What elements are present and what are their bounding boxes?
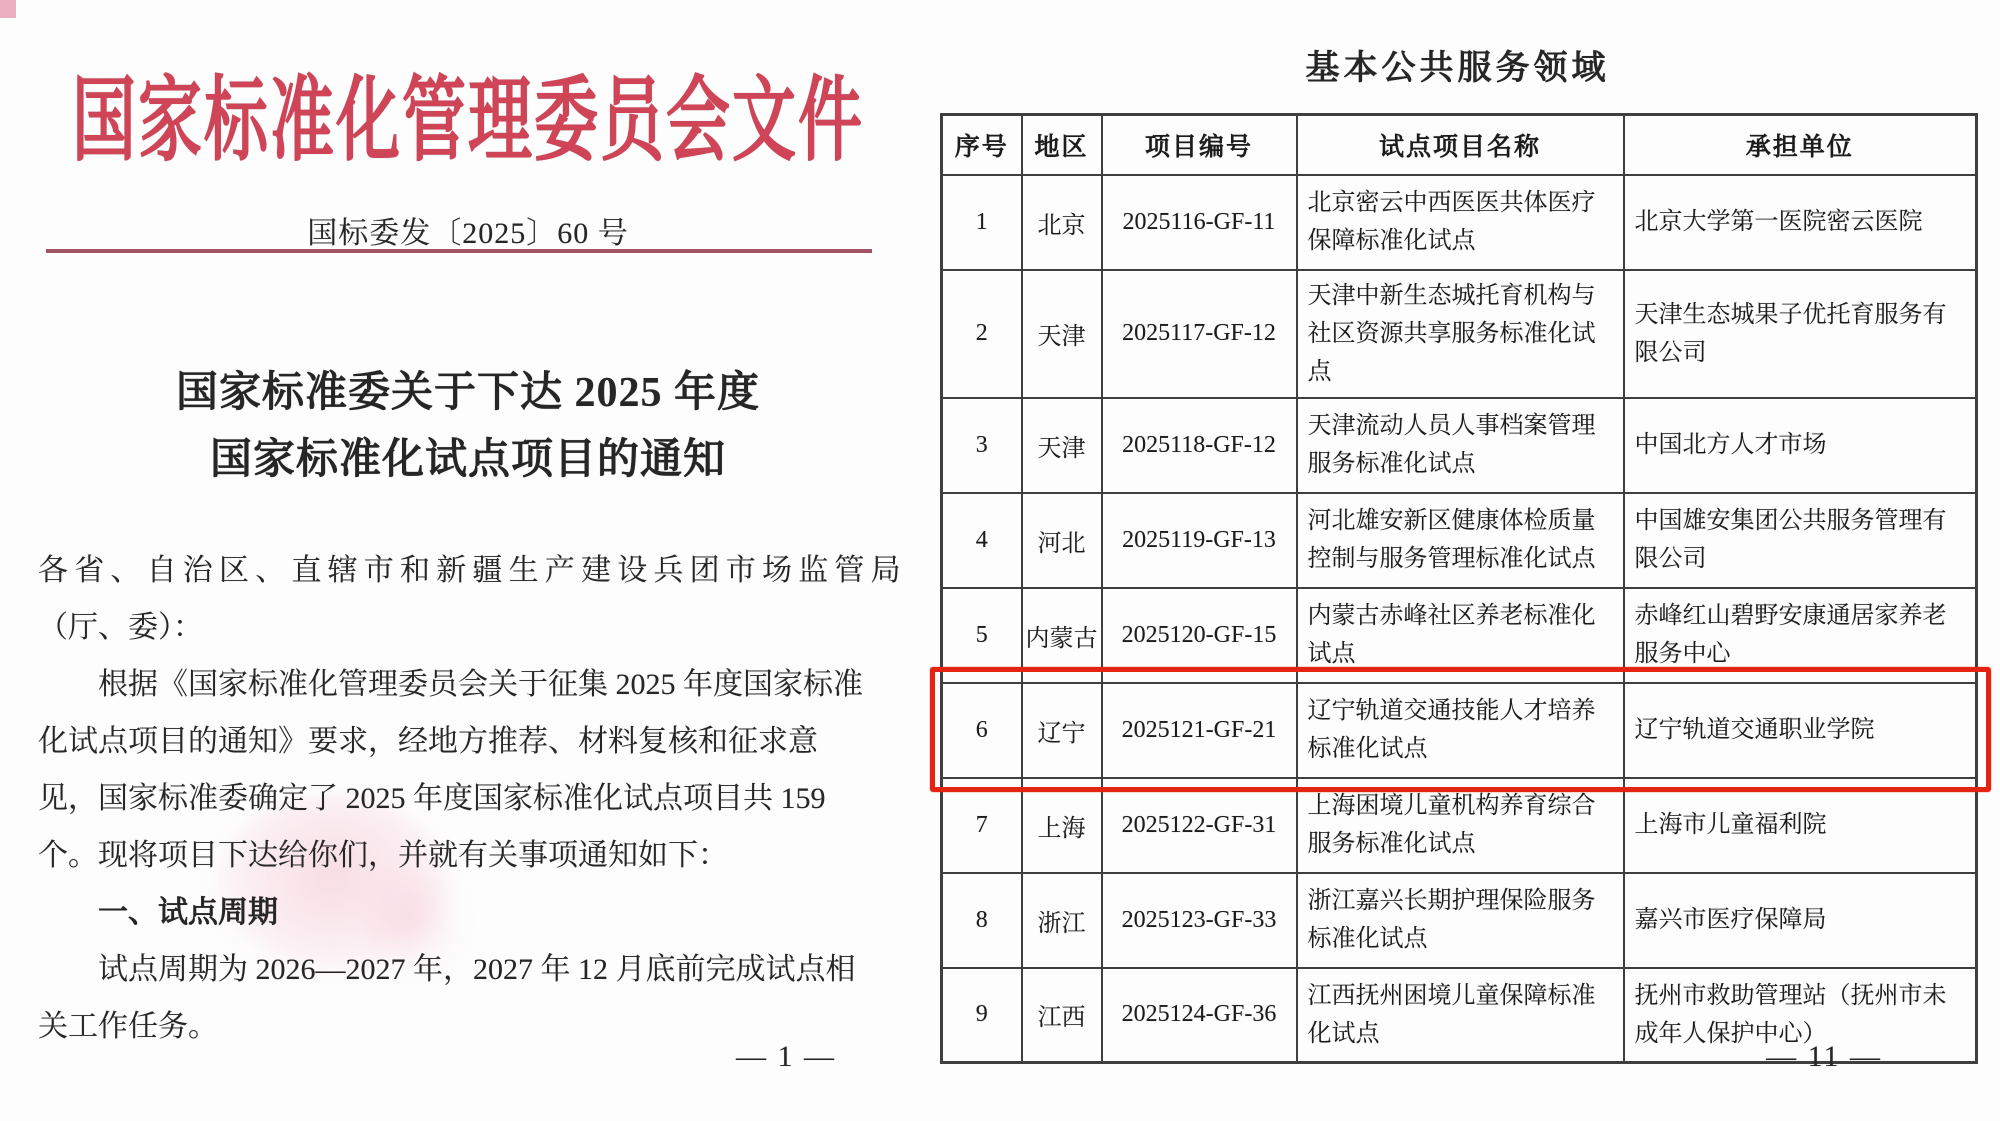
body-line: 见，国家标准委确定了 2025 年度国家标准化试点项目共 159 — [38, 770, 882, 827]
cell-project: 河北雄安新区健康体检质量控制与服务管理标准化试点 — [1297, 493, 1624, 588]
cell-code: 2025119-GF-13 — [1102, 493, 1297, 588]
cell-serial: 1 — [942, 175, 1022, 270]
page-number-right: — 11 — — [1766, 1040, 1882, 1074]
body-line: （厅、委）： — [38, 599, 882, 656]
cell-code: 2025117-GF-12 — [1102, 270, 1297, 398]
cell-org: 北京大学第一医院密云医院 — [1624, 175, 1977, 270]
subject-line-2: 国家标准化试点项目的通知 — [28, 427, 908, 494]
body-line: 各省、自治区、直辖市和新疆生产建设兵团市场监管局 — [38, 542, 882, 599]
body-line: 一、试点周期 — [38, 884, 882, 941]
table-row: 6辽宁2025121-GF-21辽宁轨道交通技能人才培养标准化试点辽宁轨道交通职… — [942, 683, 1977, 778]
cell-region: 上海 — [1022, 778, 1102, 873]
cell-org: 辽宁轨道交通职业学院 — [1624, 683, 1977, 778]
cell-code: 2025121-GF-21 — [1102, 683, 1297, 778]
letterhead-title: 国家标准化管理委员会文件 — [28, 46, 908, 179]
cell-code: 2025120-GF-15 — [1102, 588, 1297, 683]
cell-code: 2025123-GF-33 — [1102, 873, 1297, 968]
projects-table: 序号 地区 项目编号 试点项目名称 承担单位 1北京2025116-GF-11北… — [940, 113, 1978, 1064]
cell-region: 浙江 — [1022, 873, 1102, 968]
cell-code: 2025122-GF-31 — [1102, 778, 1297, 873]
letterhead-rule — [46, 249, 872, 253]
subject-title: 国家标准委关于下达 2025 年度 国家标准化试点项目的通知 — [28, 360, 908, 494]
cell-serial: 7 — [942, 778, 1022, 873]
table-row: 7上海2025122-GF-31上海困境儿童机构养育综合服务标准化试点上海市儿童… — [942, 778, 1977, 873]
cell-region: 天津 — [1022, 398, 1102, 493]
table-row: 8浙江2025123-GF-33浙江嘉兴长期护理保险服务标准化试点嘉兴市医疗保障… — [942, 873, 1977, 968]
cell-org: 嘉兴市医疗保障局 — [1624, 873, 1977, 968]
header-project: 试点项目名称 — [1297, 115, 1624, 175]
cell-code: 2025124-GF-36 — [1102, 968, 1297, 1063]
cell-project: 辽宁轨道交通技能人才培养标准化试点 — [1297, 683, 1624, 778]
cell-serial: 4 — [942, 493, 1022, 588]
cell-serial: 2 — [942, 270, 1022, 398]
cell-serial: 9 — [942, 968, 1022, 1063]
scan-artifact-pink-corner — [0, 0, 16, 18]
cell-region: 江西 — [1022, 968, 1102, 1063]
cell-region: 河北 — [1022, 493, 1102, 588]
scanned-document-background: { "colors":{ "letterhead_red":"#cf4456",… — [0, 0, 2000, 1121]
cell-org: 赤峰红山碧野安康通居家养老服务中心 — [1624, 588, 1977, 683]
body-line: 个。现将项目下达给你们，并就有关事项通知如下： — [38, 827, 882, 884]
table-body: 1北京2025116-GF-11北京密云中西医医共体医疗保障标准化试点北京大学第… — [942, 175, 1977, 1063]
cell-serial: 6 — [942, 683, 1022, 778]
cell-org: 中国北方人才市场 — [1624, 398, 1977, 493]
table-row: 1北京2025116-GF-11北京密云中西医医共体医疗保障标准化试点北京大学第… — [942, 175, 1977, 270]
page-number-left: — 1 — — [736, 1040, 836, 1074]
table-row: 5内蒙古2025120-GF-15内蒙古赤峰社区养老标准化试点赤峰红山碧野安康通… — [942, 588, 1977, 683]
table-row: 4河北2025119-GF-13河北雄安新区健康体检质量控制与服务管理标准化试点… — [942, 493, 1977, 588]
cell-code: 2025116-GF-11 — [1102, 175, 1297, 270]
cell-org: 中国雄安集团公共服务管理有限公司 — [1624, 493, 1977, 588]
body-line: 根据《国家标准化管理委员会关于征集 2025 年度国家标准 — [38, 656, 882, 713]
cell-region: 天津 — [1022, 270, 1102, 398]
cell-serial: 8 — [942, 873, 1022, 968]
cell-project: 江西抚州困境儿童保障标准化试点 — [1297, 968, 1624, 1063]
body-line: 试点周期为 2026—2027 年，2027 年 12 月底前完成试点相 — [38, 941, 882, 998]
header-code: 项目编号 — [1102, 115, 1297, 175]
notice-page: 国家标准化管理委员会文件 国标委发〔2025〕60 号 国家标准委关于下达 20… — [28, 0, 908, 1121]
body-line: 化试点项目的通知》要求，经地方推荐、材料复核和征求意 — [38, 713, 882, 770]
doc-number: 国标委发〔2025〕60 号 — [28, 208, 908, 252]
table-row: 3天津2025118-GF-12天津流动人员人事档案管理服务标准化试点中国北方人… — [942, 398, 1977, 493]
header-serial: 序号 — [942, 115, 1022, 175]
subject-line-1: 国家标准委关于下达 2025 年度 — [28, 360, 908, 427]
cell-project: 浙江嘉兴长期护理保险服务标准化试点 — [1297, 873, 1624, 968]
cell-region: 内蒙古 — [1022, 588, 1102, 683]
cell-project: 上海困境儿童机构养育综合服务标准化试点 — [1297, 778, 1624, 873]
cell-region: 辽宁 — [1022, 683, 1102, 778]
header-org: 承担单位 — [1624, 115, 1977, 175]
document-body: 各省、自治区、直辖市和新疆生产建设兵团市场监管局（厅、委）：根据《国家标准化管理… — [38, 542, 882, 1055]
cell-org: 天津生态城果子优托育服务有限公司 — [1624, 270, 1977, 398]
table-header-row: 序号 地区 项目编号 试点项目名称 承担单位 — [942, 115, 1977, 175]
cell-project: 内蒙古赤峰社区养老标准化试点 — [1297, 588, 1624, 683]
header-region: 地区 — [1022, 115, 1102, 175]
table-row: 2天津2025117-GF-12天津中新生态城托育机构与社区资源共享服务标准化试… — [942, 270, 1977, 398]
table-page: 基本公共服务领域 序号 地区 项目编号 试点项目名称 承担单位 1北京20251… — [908, 0, 2000, 1121]
table-section-title: 基本公共服务领域 — [940, 40, 1975, 89]
cell-project: 天津中新生态城托育机构与社区资源共享服务标准化试点 — [1297, 270, 1624, 398]
cell-project: 天津流动人员人事档案管理服务标准化试点 — [1297, 398, 1624, 493]
cell-code: 2025118-GF-12 — [1102, 398, 1297, 493]
cell-project: 北京密云中西医医共体医疗保障标准化试点 — [1297, 175, 1624, 270]
cell-region: 北京 — [1022, 175, 1102, 270]
cell-org: 上海市儿童福利院 — [1624, 778, 1977, 873]
cell-serial: 5 — [942, 588, 1022, 683]
cell-serial: 3 — [942, 398, 1022, 493]
